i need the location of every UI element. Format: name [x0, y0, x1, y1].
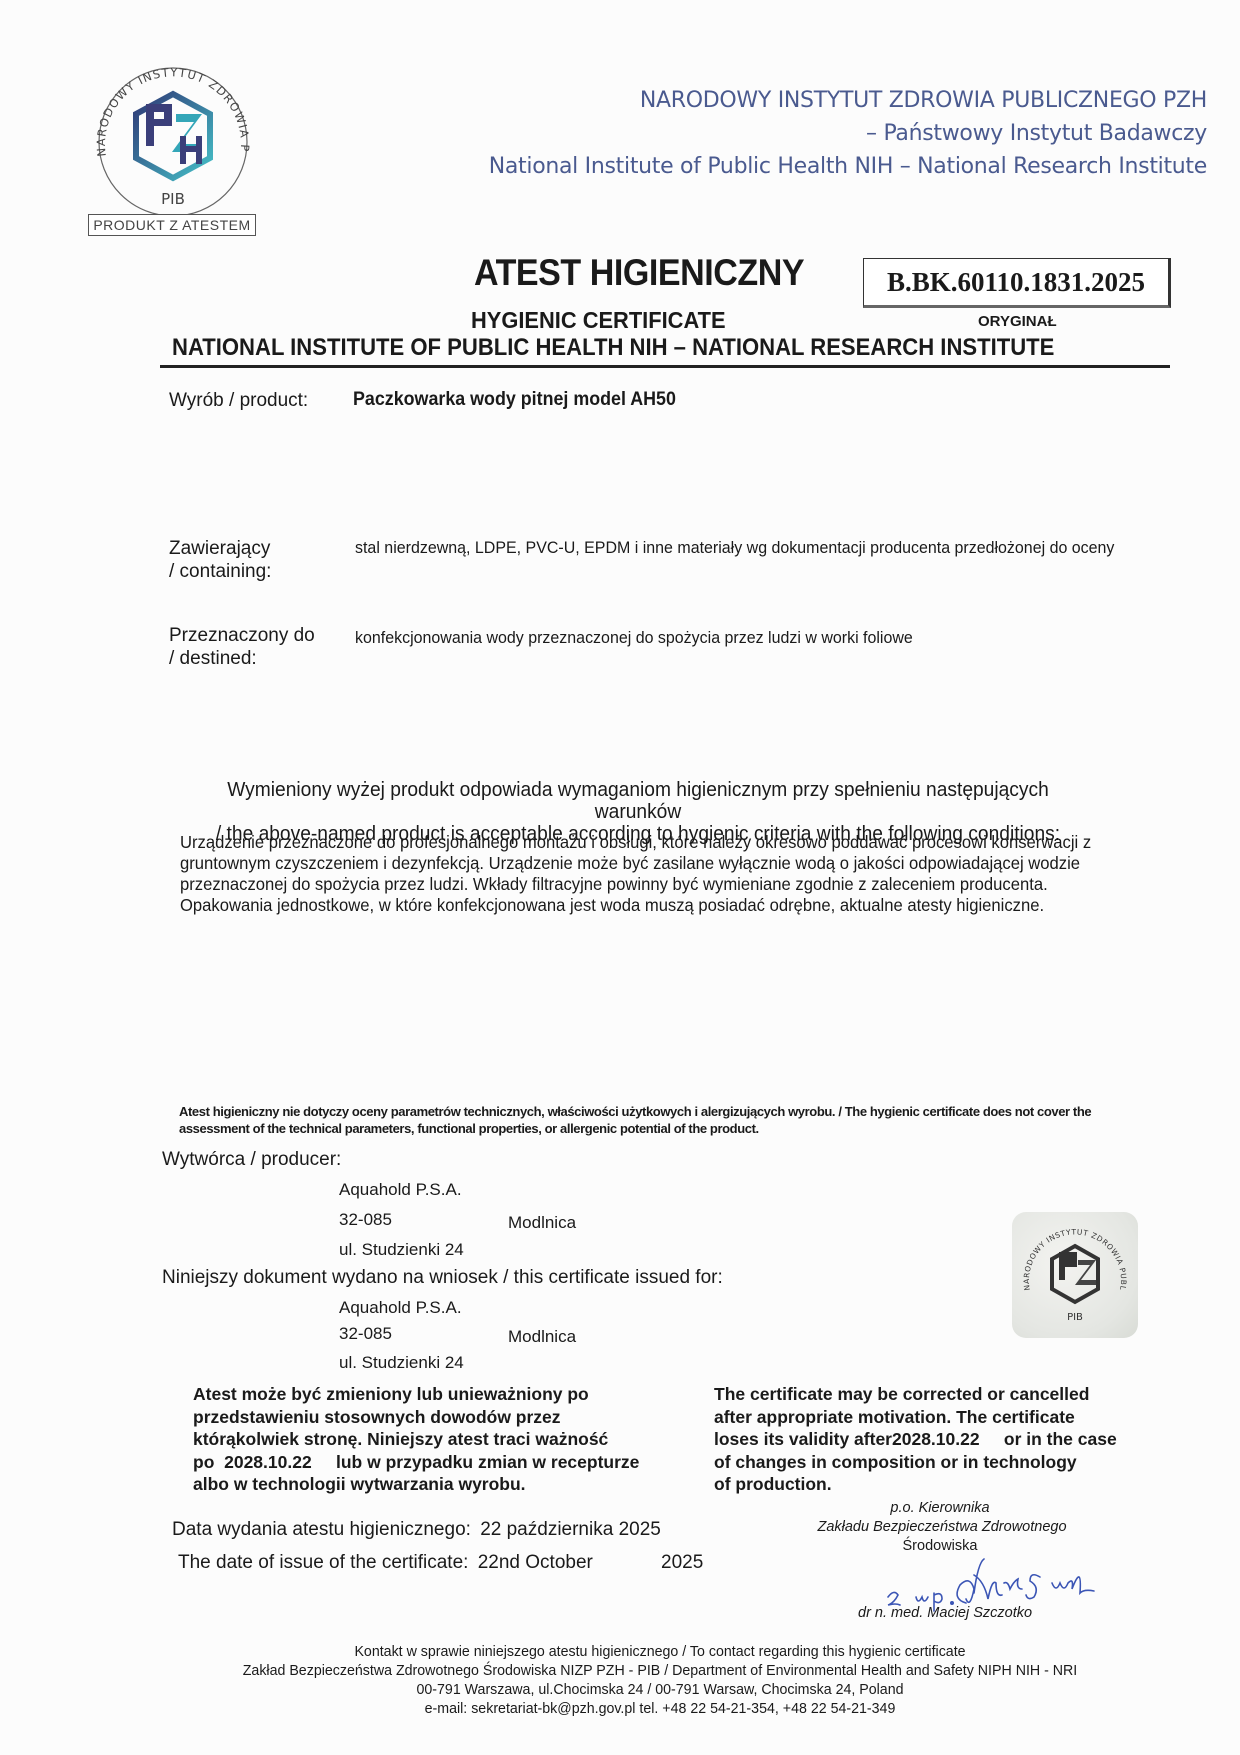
hologram-seal-icon: NARODOWY INSTYTUT ZDROWIA PUBLICZNEGO PZ…: [1012, 1212, 1138, 1338]
validity-en-line: The certificate may be corrected or canc…: [714, 1383, 1174, 1406]
validity-pl-line: Atest może być zmieniony lub unieważnion…: [193, 1383, 693, 1406]
logo-pib-text: PIB: [161, 190, 185, 208]
containing-value: stal nierdzewną, LDPE, PVC-U, EPDM i inn…: [355, 537, 1126, 558]
producer-name: Aquahold P.S.A.: [339, 1180, 462, 1200]
footer-email-phone[interactable]: e-mail: sekretariat-bk@pzh.gov.pl tel. +…: [170, 1700, 1150, 1719]
institute-name-en: National Institute of Public Health NIH …: [489, 154, 1207, 179]
pzh-logo: NARODOWY INSTYTUT ZDROWIA PUBLICZNEGO PI…: [84, 56, 262, 238]
issued-for-street: ul. Studzienki 24: [339, 1353, 464, 1373]
footer-department: Zakład Bezpieczeństwa Zdrowotnego Środow…: [170, 1662, 1150, 1681]
destined-label-en: / destined:: [169, 647, 339, 670]
product-label: Wyrób / product:: [169, 389, 308, 412]
signatory-department-cont: Środowiska: [880, 1538, 1000, 1554]
issue-date-value-en: 22nd October: [478, 1552, 593, 1573]
destined-value: konfekcjonowania wody przeznaczonej do s…: [355, 627, 1126, 648]
issue-date-en: The date of issue of the certificate: 22…: [178, 1552, 593, 1574]
institute-name-pl: NARODOWY INSTYTUT ZDROWIA PUBLICZNEGO PZ…: [640, 88, 1207, 113]
validity-pl-line: przedstawieniu stosownych dowodów przez: [193, 1406, 693, 1429]
signatory-department: Zakładu Bezpieczeństwa Zdrowotnego: [812, 1519, 1072, 1535]
conditions-body: Urządzenie przeznaczone do profesjonalne…: [180, 832, 1092, 916]
product-value: Paczkowarka wody pitnej model AH50: [353, 389, 1124, 410]
validity-pl: Atest może być zmieniony lub unieważnion…: [193, 1383, 693, 1496]
issued-for-postal-code: 32-085: [339, 1324, 392, 1344]
original-label: ORYGINAŁ: [978, 313, 1057, 330]
issued-for-name: Aquahold P.S.A.: [339, 1298, 462, 1318]
conditions-heading-pl: Wymieniony wyżej produkt odpowiada wymag…: [182, 779, 1094, 823]
validity-pl-line: albo w technologii wytwarzania wyrobu.: [193, 1473, 693, 1496]
containing-label-en: / containing:: [169, 560, 339, 583]
validity-en-line: after appropriate motivation. The certif…: [714, 1406, 1174, 1429]
institute-title-line: NATIONAL INSTITUTE OF PUBLIC HEALTH NIH …: [172, 334, 1089, 362]
hologram-seal: NARODOWY INSTYTUT ZDROWIA PUBLICZNEGO PZ…: [1012, 1212, 1138, 1338]
svg-text:NARODOWY INSTYTUT ZDROWIA PUBL: NARODOWY INSTYTUT ZDROWIA PUBLICZNEGO PZ…: [1012, 1212, 1128, 1291]
document-title-en: HYGIENIC CERTIFICATE: [471, 307, 726, 334]
producer-city: Modlnica: [508, 1213, 576, 1233]
signature-icon: [870, 1553, 1200, 1613]
validity-en-line: loses its validity after2028.10.22 or in…: [714, 1428, 1174, 1451]
institute-subtitle-pl: – Państwowy Instytut Badawczy: [866, 121, 1207, 146]
disclaimer: Atest higieniczny nie dotyczy oceny para…: [179, 1103, 1119, 1137]
issue-date-label-pl: Data wydania atestu higienicznego:: [172, 1519, 471, 1541]
containing-label: Zawierający / containing:: [169, 537, 339, 583]
validity-pl-line: którąkolwiek stronę. Niniejszy atest tra…: [193, 1428, 693, 1451]
validity-en: The certificate may be corrected or canc…: [714, 1383, 1174, 1496]
producer-street: ul. Studzienki 24: [339, 1240, 464, 1260]
signatory-name: dr n. med. Maciej Szczotko: [858, 1605, 1068, 1621]
producer-heading: Wytwórca / producer:: [162, 1149, 341, 1171]
hologram-pib-text: PIB: [1067, 1312, 1083, 1323]
issued-for-heading: Niniejszy dokument wydano na wniosek / t…: [162, 1267, 723, 1289]
validity-en-line: of changes in composition or in technolo…: [714, 1451, 1174, 1474]
issue-date-label-en: The date of issue of the certificate:: [178, 1552, 468, 1574]
signatory-role: p.o. Kierownika: [880, 1500, 1000, 1516]
producer-postal-code: 32-085: [339, 1210, 392, 1230]
contact-footer: Kontakt w sprawie niniejszego atestu hig…: [170, 1643, 1150, 1719]
footer-address: 00-791 Warszawa, ul.Chocimska 24 / 00-79…: [170, 1681, 1150, 1700]
logo-caption: PRODUKT Z ATESTEM: [88, 214, 256, 236]
issue-date-value-pl: 22 października 2025: [480, 1519, 661, 1540]
containing-label-pl: Zawierający: [169, 537, 339, 560]
document-title-pl: ATEST HIGIENICZNY: [474, 252, 804, 294]
certificate-number: B.BK.60110.1831.2025: [863, 258, 1171, 308]
handwritten-signature: [870, 1553, 1200, 1613]
pzh-seal-icon: NARODOWY INSTYTUT ZDROWIA PUBLICZNEGO PI…: [84, 56, 262, 216]
header-divider: [160, 365, 1170, 368]
destined-label-pl: Przeznaczony do: [169, 624, 339, 647]
footer-contact-heading: Kontakt w sprawie niniejszego atestu hig…: [170, 1643, 1150, 1662]
issued-for-city: Modlnica: [508, 1327, 576, 1347]
validity-pl-line: po 2028.10.22 lub w przypadku zmian w re…: [193, 1451, 693, 1474]
destined-label: Przeznaczony do / destined:: [169, 624, 339, 670]
issue-date-pl: Data wydania atestu higienicznego: 22 pa…: [172, 1519, 661, 1541]
issue-date-year-en: 2025: [661, 1552, 703, 1574]
hologram-ring-text: NARODOWY INSTYTUT ZDROWIA PUBLICZNEGO PZ…: [1012, 1212, 1128, 1291]
validity-en-line: of production.: [714, 1473, 1174, 1496]
